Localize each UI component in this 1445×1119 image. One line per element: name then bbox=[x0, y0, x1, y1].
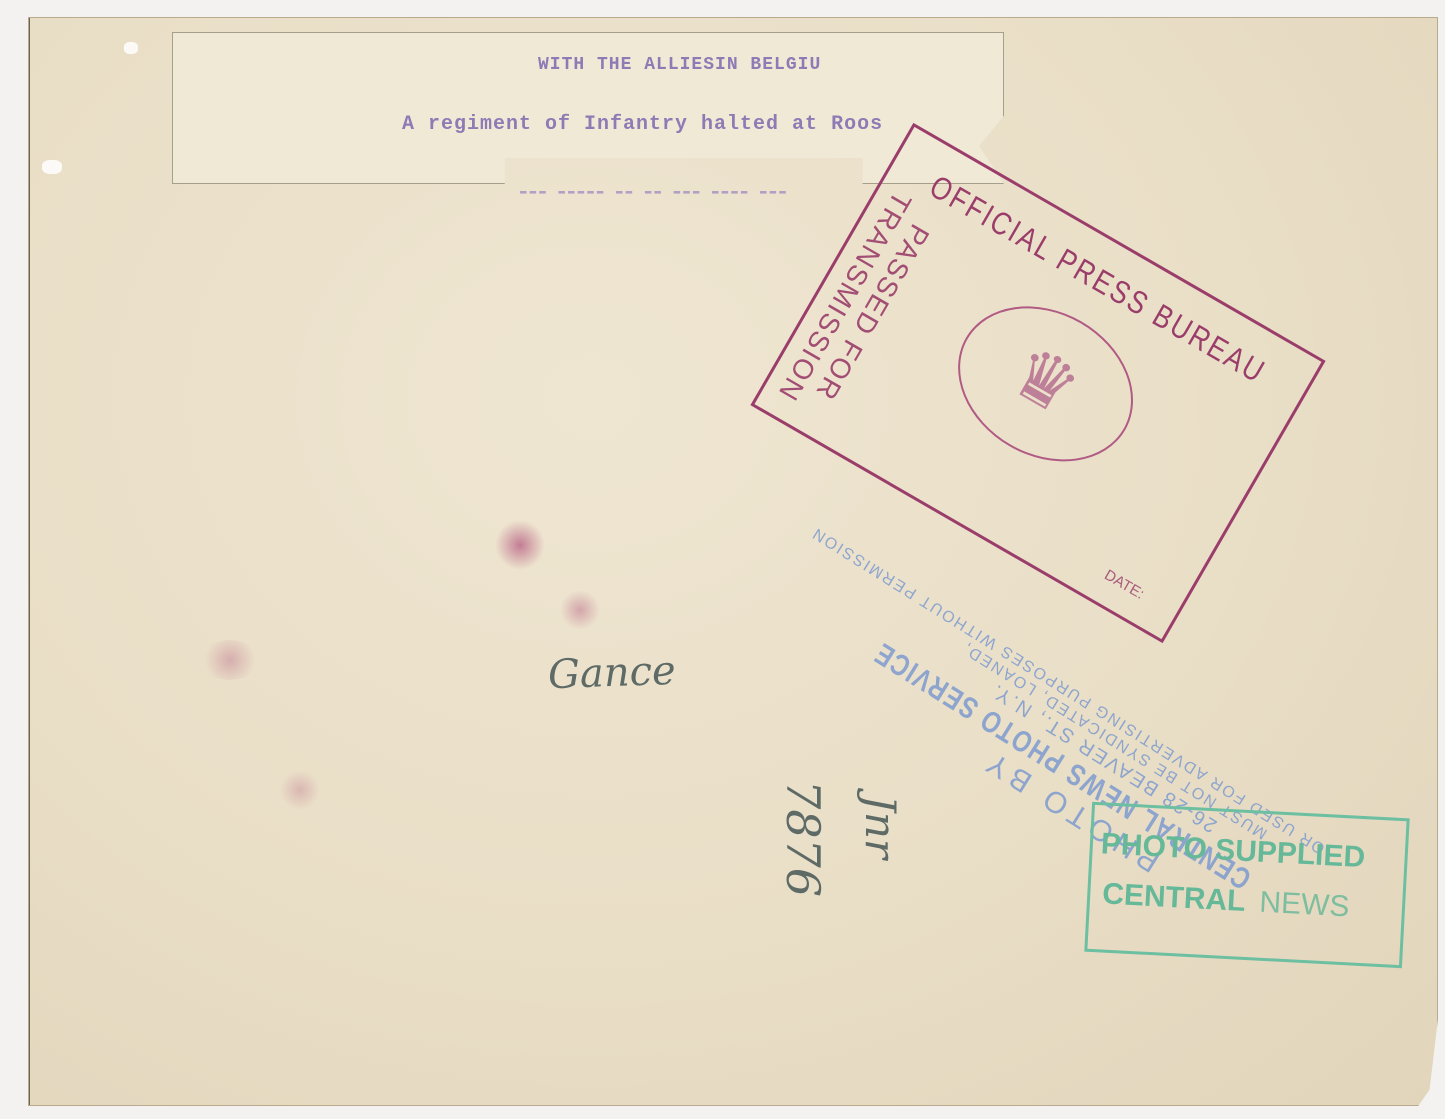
paper-tear-top bbox=[124, 42, 138, 54]
supplied-agency: CENTRALNEWS bbox=[1101, 877, 1350, 924]
paper-tear-left bbox=[42, 160, 62, 174]
ink-smudge bbox=[495, 520, 545, 570]
caption-description: A regiment of Infantry halted at Roos bbox=[402, 113, 883, 136]
ink-smudge bbox=[200, 640, 260, 680]
handwritten-number: 7876 bbox=[776, 780, 830, 897]
stamp-date-label: DATE: bbox=[1101, 566, 1147, 602]
handwritten-initials: Jnr bbox=[856, 795, 905, 859]
handwritten-name: Gance bbox=[547, 648, 676, 698]
supplied-central: CENTRAL bbox=[1101, 877, 1246, 917]
ink-smudge bbox=[280, 770, 320, 810]
photo-supplied-stamp: PHOTO SUPPLIED CENTRALNEWS bbox=[1084, 802, 1409, 968]
ink-smudge bbox=[560, 590, 600, 630]
caption-heading: WITH THE ALLIESIN BELGIU bbox=[538, 55, 821, 75]
caption-torn-line: ▬▬▬ ▬▬▬▬▬ ▬▬ ▬▬ ▬▬▬ ▬▬▬▬ ▬▬▬ bbox=[520, 186, 789, 198]
supplied-line: PHOTO SUPPLIED bbox=[1100, 827, 1366, 875]
supplied-news: NEWS bbox=[1259, 886, 1351, 924]
